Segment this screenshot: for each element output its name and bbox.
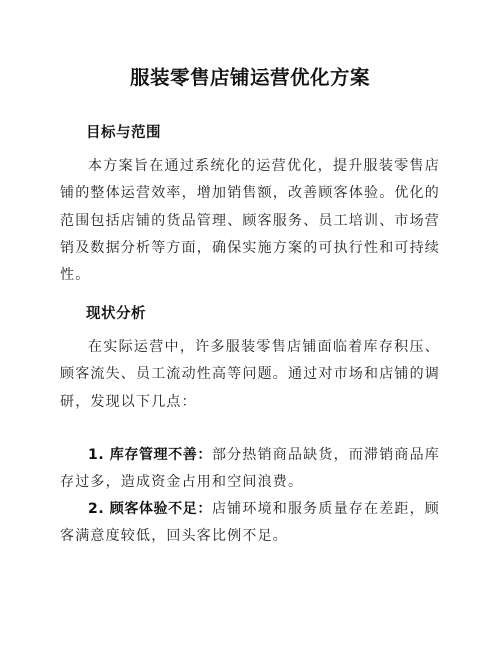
list-item-label: 1. 库存管理不善：	[88, 447, 212, 463]
document-title: 服装零售店铺运营优化方案	[0, 62, 500, 90]
document-page: 服装零售店铺运营优化方案 目标与范围 本方案旨在通过系统化的运营优化，提升服装零…	[0, 0, 500, 647]
section-heading-goals-scope: 目标与范围	[86, 121, 161, 142]
section-heading-status-analysis: 现状分析	[86, 302, 146, 323]
list-item-label: 2. 顾客体验不足：	[88, 501, 212, 517]
list-item-inventory: 1. 库存管理不善：部分热销商品缺货，而滞销商品库存过多，造成资金占用和空间浪费…	[60, 442, 440, 497]
list-item-customer-experience: 2. 顾客体验不足：店铺环境和服务质量存在差距，顾客满意度较低，回头客比例不足。	[60, 496, 440, 551]
paragraph-goals-scope: 本方案旨在通过系统化的运营优化，提升服装零售店铺的整体运营效率，增加销售额，改善…	[60, 153, 440, 289]
paragraph-status-analysis: 在实际运营中，许多服装零售店铺面临着库存积压、顾客流失、员工流动性高等问题。通过…	[60, 334, 440, 416]
